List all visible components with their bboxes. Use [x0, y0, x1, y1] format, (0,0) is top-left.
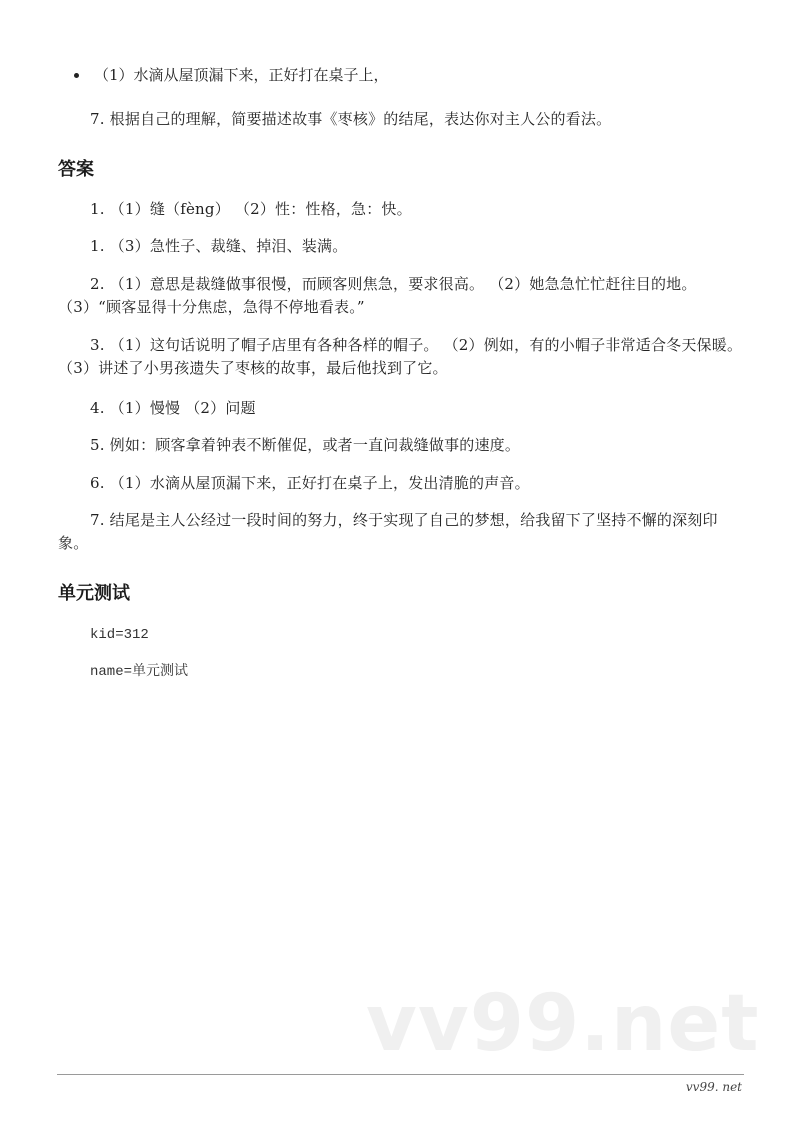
answer-item: 1. （3）急性子、裁缝、掉泪、装满。	[58, 235, 744, 258]
answer-item: 6. （1）水滴从屋顶漏下来，正好打在桌子上，发出清脆的声音。	[58, 472, 744, 495]
answer-item: 3. （1）这句话说明了帽子店里有各种各样的帽子。 （2）例如，有的小帽子非常适…	[58, 334, 744, 380]
bullet-icon	[74, 73, 79, 78]
answer-item: 5. 例如：顾客拿着钟表不断催促，或者一直问裁缝做事的速度。	[58, 434, 744, 457]
name-line: name=单元测试	[90, 661, 188, 683]
unit-test-heading: 单元测试	[58, 582, 130, 606]
footer-divider	[57, 1074, 744, 1075]
answer-item: 7. 结尾是主人公经过一段时间的努力，终于实现了自己的梦想，给我留下了坚持不懈的…	[58, 509, 744, 555]
bullet-list-item: （1）水滴从屋顶漏下来，正好打在桌子上，	[58, 64, 744, 86]
footer-site-label: vv99. net	[686, 1080, 742, 1094]
answer-item: 2. （1）意思是裁缝做事很慢，而顾客则焦急，要求很高。 （2）她急急忙忙赶往目…	[58, 273, 744, 319]
answer-item: 1. （1）缝（fèng） （2）性：性格，急：快。	[58, 198, 744, 221]
question-7: 7. 根据自己的理解，简要描述故事《枣核》的结尾，表达你对主人公的看法。	[58, 108, 744, 131]
answer-item: 4. （1）慢慢 （2）问题	[58, 397, 744, 420]
kid-line: kid=312	[90, 624, 149, 646]
bullet-text: （1）水滴从屋顶漏下来，正好打在桌子上，	[94, 66, 389, 84]
answers-heading: 答案	[58, 158, 94, 182]
watermark: vv99.net	[366, 984, 760, 1064]
